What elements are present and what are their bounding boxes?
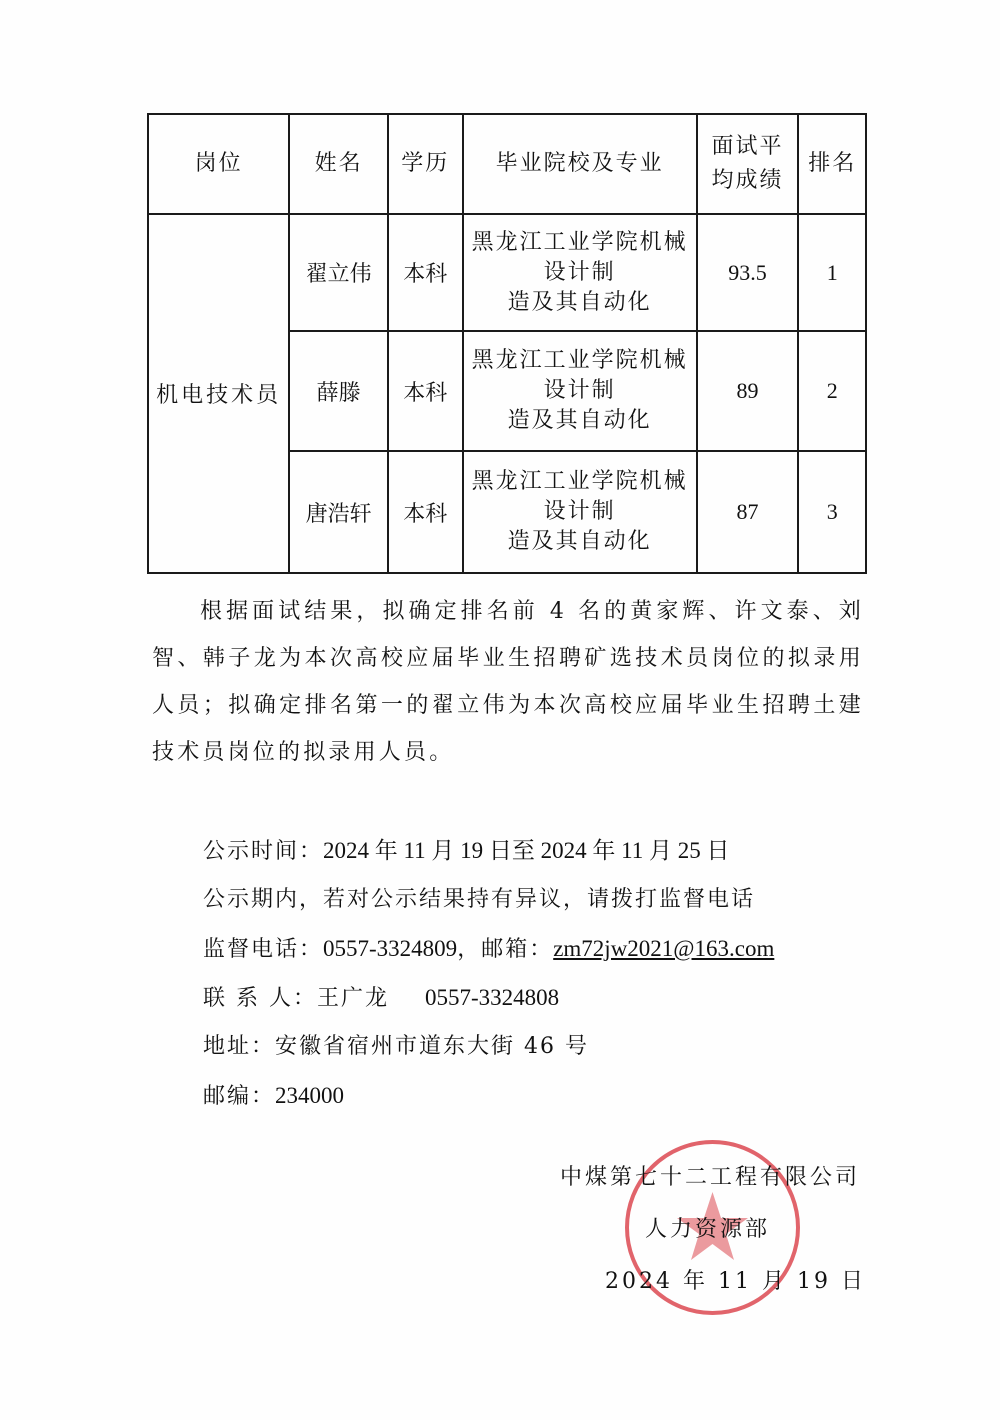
contact-label: 联 系 人： bbox=[203, 986, 317, 1011]
table-row: 机电技术员 翟立伟 本科 黑龙江工业学院机械设计制 造及其自动化 93.5 1 bbox=[148, 214, 866, 331]
school-line2: 造及其自动化 bbox=[464, 288, 696, 318]
cell-name: 唐浩轩 bbox=[289, 451, 388, 573]
table-header-row: 岗位 姓名 学历 毕业院校及专业 面试平 均成绩 排名 bbox=[148, 114, 866, 214]
cell-rank: 3 bbox=[798, 451, 866, 573]
header-name: 姓名 bbox=[289, 114, 388, 214]
school-line1: 黑龙江工业学院机械设计制 bbox=[464, 467, 696, 527]
hotline-number: 0557-3324809 bbox=[323, 936, 457, 961]
publicity-period-line: 公示时间：2024 年 11 月 19 日至 2024 年 11 月 25 日 bbox=[203, 826, 863, 875]
contact-name: 王广龙 bbox=[317, 986, 389, 1011]
school-line1: 黑龙江工业学院机械设计制 bbox=[464, 346, 696, 406]
signature-date: 2024 年 11 月 19 日 bbox=[605, 1264, 866, 1295]
address: 安徽省宿州市道东大街 46 号 bbox=[275, 1034, 589, 1059]
objection-note: 公示期内，若对公示结果持有异议，请拨打监督电话 bbox=[203, 875, 863, 924]
cell-name: 翟立伟 bbox=[289, 214, 388, 331]
cell-rank: 2 bbox=[798, 331, 866, 451]
postcode-label: 邮编： bbox=[203, 1084, 275, 1109]
candidate-table: 岗位 姓名 学历 毕业院校及专业 面试平 均成绩 排名 机电技术员 翟立伟 本科… bbox=[147, 113, 867, 574]
email-link[interactable]: zm72jw2021@163.com bbox=[553, 936, 774, 961]
cell-education: 本科 bbox=[388, 331, 463, 451]
result-paragraph: 根据面试结果，拟确定排名前 4 名的黄家辉、许文泰、刘智、韩子龙为本次高校应届毕… bbox=[152, 588, 864, 776]
header-post: 岗位 bbox=[148, 114, 289, 214]
cell-school-major: 黑龙江工业学院机械设计制 造及其自动化 bbox=[463, 451, 697, 573]
header-school-major: 毕业院校及专业 bbox=[463, 114, 697, 214]
publicity-period: 2024 年 11 月 19 日至 2024 年 11 月 25 日 bbox=[323, 838, 730, 863]
contact-info-block: 公示时间：2024 年 11 月 19 日至 2024 年 11 月 25 日 … bbox=[203, 826, 863, 1120]
postcode: 234000 bbox=[275, 1083, 344, 1108]
cell-school-major: 黑龙江工业学院机械设计制 造及其自动化 bbox=[463, 214, 697, 331]
school-line1: 黑龙江工业学院机械设计制 bbox=[464, 228, 696, 288]
hotline-label: 监督电话： bbox=[203, 937, 323, 962]
cell-score: 87 bbox=[697, 451, 799, 573]
contact-phone: 0557-3324808 bbox=[425, 985, 559, 1010]
signature-company: 中煤第七十二工程有限公司 bbox=[560, 1160, 860, 1191]
header-rank: 排名 bbox=[798, 114, 866, 214]
contact-line: 联 系 人：王广龙 0557-3324808 bbox=[203, 973, 863, 1022]
hotline-line: 监督电话：0557-3324809，邮箱：zm72jw2021@163.com bbox=[203, 924, 863, 973]
cell-post: 机电技术员 bbox=[148, 214, 289, 573]
email-label: ，邮箱： bbox=[457, 937, 553, 962]
cell-rank: 1 bbox=[798, 214, 866, 331]
cell-score: 89 bbox=[697, 331, 799, 451]
school-line2: 造及其自动化 bbox=[464, 527, 696, 557]
header-score-line2: 均成绩 bbox=[698, 164, 798, 198]
signature-department: 人力资源部 bbox=[645, 1212, 770, 1243]
header-score: 面试平 均成绩 bbox=[697, 114, 799, 214]
cell-education: 本科 bbox=[388, 451, 463, 573]
address-line: 地址：安徽省宿州市道东大街 46 号 bbox=[203, 1022, 863, 1071]
document-page: 岗位 姓名 学历 毕业院校及专业 面试平 均成绩 排名 机电技术员 翟立伟 本科… bbox=[0, 0, 1000, 1420]
address-label: 地址： bbox=[203, 1034, 275, 1059]
postcode-line: 邮编：234000 bbox=[203, 1071, 863, 1120]
cell-school-major: 黑龙江工业学院机械设计制 造及其自动化 bbox=[463, 331, 697, 451]
header-score-line1: 面试平 bbox=[698, 130, 798, 164]
school-line2: 造及其自动化 bbox=[464, 406, 696, 436]
cell-name: 薛滕 bbox=[289, 331, 388, 451]
publicity-label: 公示时间： bbox=[203, 839, 323, 864]
cell-score: 93.5 bbox=[697, 214, 799, 331]
header-education: 学历 bbox=[388, 114, 463, 214]
cell-education: 本科 bbox=[388, 214, 463, 331]
